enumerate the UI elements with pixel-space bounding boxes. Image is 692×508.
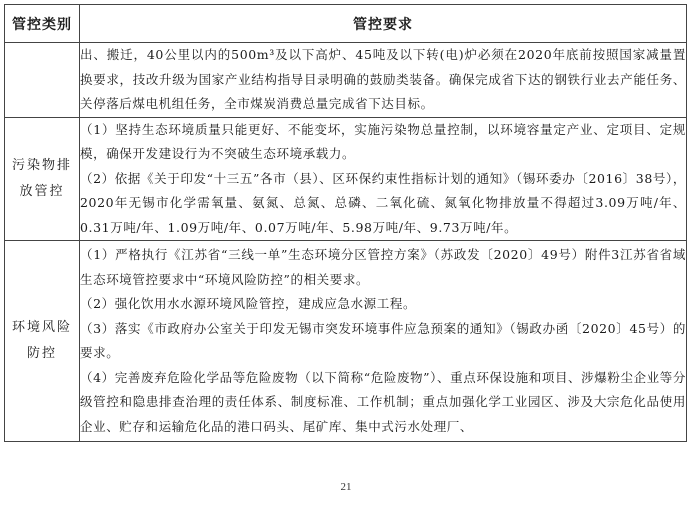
- requirement-paragraph: （2）依据《关于印发“十三五”各市（县）、区环保约束性指标计划的通知》（锡环委办…: [80, 167, 686, 241]
- requirement-paragraph: （1）坚持生态环境质量只能更好、不能变坏，实施污染物总量控制，以环境容量定产业、…: [80, 118, 686, 167]
- requirement-paragraph: （3）落实《市政府办公室关于印发无锡市突发环境事件应急预案的通知》（锡政办函〔2…: [80, 317, 686, 366]
- table-row: 出、搬迁，40公里以内的500m³及以下高炉、45吨及以下转(电)炉必须在202…: [5, 43, 687, 118]
- category-cell: 环境风险防控: [5, 241, 80, 442]
- header-category: 管控类别: [5, 5, 80, 43]
- category-cell: [5, 43, 80, 118]
- requirement-paragraph: （1）严格执行《江苏省“三线一单”生态环境分区管控方案》（苏政发〔2020〕49…: [80, 243, 686, 292]
- requirement-paragraph: （4）完善废弃危险化学品等危险废物（以下简称“危险废物”）、重点环保设施和项目、…: [80, 366, 686, 440]
- requirement-paragraph: 出、搬迁，40公里以内的500m³及以下高炉、45吨及以下转(电)炉必须在202…: [80, 43, 686, 117]
- requirement-cell: 出、搬迁，40公里以内的500m³及以下高炉、45吨及以下转(电)炉必须在202…: [80, 43, 687, 118]
- table-row: 污染物排放管控 （1）坚持生态环境质量只能更好、不能变坏，实施污染物总量控制，以…: [5, 117, 687, 241]
- page-number: 21: [0, 481, 692, 493]
- table-row: 环境风险防控 （1）严格执行《江苏省“三线一单”生态环境分区管控方案》（苏政发〔…: [5, 241, 687, 442]
- table-header-row: 管控类别 管控要求: [5, 5, 687, 43]
- control-requirements-table: 管控类别 管控要求 出、搬迁，40公里以内的500m³及以下高炉、45吨及以下转…: [4, 4, 687, 442]
- requirement-cell: （1）坚持生态环境质量只能更好、不能变坏，实施污染物总量控制，以环境容量定产业、…: [80, 117, 687, 241]
- header-requirement: 管控要求: [80, 5, 687, 43]
- category-cell: 污染物排放管控: [5, 117, 80, 241]
- requirement-cell: （1）严格执行《江苏省“三线一单”生态环境分区管控方案》（苏政发〔2020〕49…: [80, 241, 687, 442]
- requirement-paragraph: （2）强化饮用水水源环境风险管控，建成应急水源工程。: [80, 292, 686, 317]
